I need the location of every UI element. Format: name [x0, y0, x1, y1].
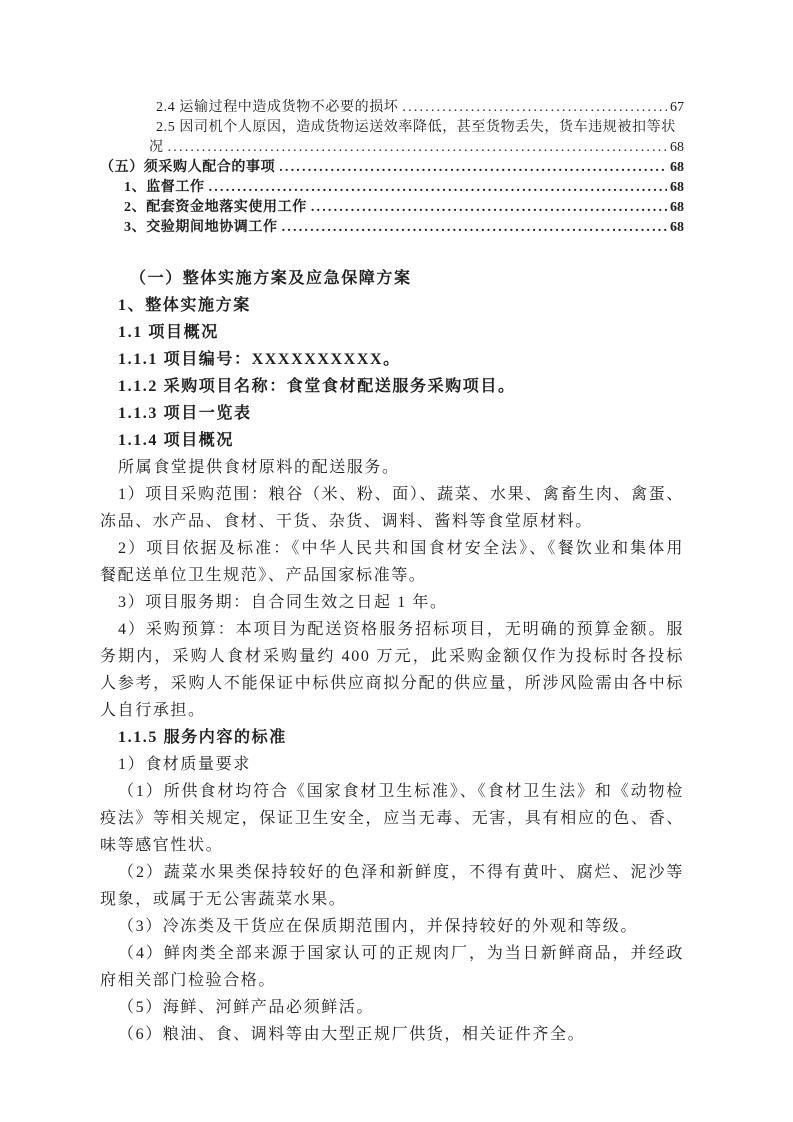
toc-entry-label: 2.5 因司机个人原因，造成货物运送效率降低，甚至货物丢失，货车违规被扣等状	[156, 120, 676, 135]
toc-page-number: 68	[670, 178, 684, 198]
paragraph-overview: 所属食堂提供食材原料的配送服务。	[100, 454, 684, 481]
paragraph-quality-item-2: （2）蔬菜水果类保持较好的色泽和新鲜度，不得有黄叶、腐烂、泥沙等现象，或属于无公…	[100, 859, 684, 913]
paragraph-standards: 2）项目依据及标准：《中华人民共和国食材安全法》、《餐饮业和集体用餐配送单位卫生…	[100, 535, 684, 589]
table-of-contents: 2.4 运输过程中造成货物不必要的损坏 67 2.5 因司机个人原因，造成货物运…	[100, 98, 684, 238]
heading-1-1-3-project-table: 1.1.3 项目一览表	[100, 400, 684, 427]
heading-1: 1、整体实施方案	[100, 292, 684, 319]
toc-entry[interactable]: 2.5 因司机个人原因，造成货物运送效率降低，甚至货物丢失，货车违规被扣等状	[100, 118, 684, 138]
toc-page-number: 68	[670, 158, 684, 178]
toc-entry[interactable]: 1、监督工作 68	[100, 178, 684, 198]
paragraph-quality-requirements-title: 1）食材质量要求	[100, 751, 684, 778]
page-content: 2.4 运输过程中造成货物不必要的损坏 67 2.5 因司机个人原因，造成货物运…	[100, 98, 684, 1048]
paragraph-quality-item-6: （6）粮油、食、调料等由大型正规厂供货，相关证件齐全。	[100, 1021, 684, 1048]
document-page: 2.4 运输过程中造成货物不必要的损坏 67 2.5 因司机个人原因，造成货物运…	[0, 0, 793, 1122]
paragraph-budget: 4）采购预算：本项目为配送资格服务招标项目，无明确的预算金额。服务期内，采购人食…	[100, 616, 684, 724]
toc-entry[interactable]: 2、配套资金地落实使用工作 68	[100, 198, 684, 218]
heading-1-1-1-project-number: 1.1.1 项目编号：XXXXXXXXXX。	[100, 346, 684, 373]
toc-dot-leader	[311, 198, 667, 218]
document-body: （一）整体实施方案及应急保障方案 1、整体实施方案 1.1 项目概况 1.1.1…	[100, 265, 684, 1048]
toc-entry-label: 1、监督工作	[124, 178, 205, 198]
toc-dot-leader	[209, 178, 667, 198]
toc-entry-label: 2、配套资金地落实使用工作	[124, 198, 307, 218]
paragraph-procurement-scope: 1）项目采购范围：粮谷（米、粉、面）、蔬菜、水果、禽畜生肉、禽蛋、冻品、水产品、…	[100, 481, 684, 535]
heading-1-1-5-service-standards: 1.1.5 服务内容的标准	[100, 724, 684, 751]
toc-entry-label: 况	[149, 138, 164, 158]
toc-page-number: 67	[670, 98, 684, 118]
paragraph-quality-item-4: （4）鲜肉类全部来源于国家认可的正规肉厂，为当日新鲜商品，并经政府相关部门检验合…	[100, 940, 684, 994]
paragraph-quality-item-5: （5）海鲜、河鲜产品必须鲜活。	[100, 994, 684, 1021]
toc-entry[interactable]: 3、交验期间地协调工作 68	[100, 218, 684, 238]
heading-1-1-4-project-overview: 1.1.4 项目概况	[100, 427, 684, 454]
toc-entry-continuation[interactable]: 况 68	[100, 138, 684, 158]
heading-1-1: 1.1 项目概况	[100, 319, 684, 346]
toc-entry[interactable]: 2.4 运输过程中造成货物不必要的损坏 67	[100, 98, 684, 118]
toc-page-number: 68	[670, 218, 684, 238]
toc-dot-leader	[282, 218, 667, 238]
toc-entry-label: （五）须采购人配合的事项	[100, 158, 275, 178]
toc-dot-leader	[168, 138, 667, 158]
toc-entry[interactable]: （五）须采购人配合的事项 68	[100, 158, 684, 178]
toc-dot-leader	[279, 158, 667, 178]
toc-dot-leader	[402, 98, 667, 118]
heading-1-1-2-project-name: 1.1.2 采购项目名称：食堂食材配送服务采购项目。	[100, 373, 684, 400]
toc-page-number: 68	[670, 138, 684, 158]
toc-page-number: 68	[670, 198, 684, 218]
paragraph-quality-item-1: （1）所供食材均符合《国家食材卫生标准》、《食材卫生法》和《动物检疫法》等相关规…	[100, 778, 684, 859]
toc-entry-label: 3、交验期间地协调工作	[124, 218, 278, 238]
toc-entry-label: 2.4 运输过程中造成货物不必要的损坏	[156, 98, 398, 118]
paragraph-service-period: 3）项目服务期：自合同生效之日起 1 年。	[100, 589, 684, 616]
paragraph-quality-item-3: （3）冷冻类及干货应在保质期范围内，并保持较好的外观和等级。	[100, 913, 684, 940]
heading-section-1: （一）整体实施方案及应急保障方案	[100, 265, 684, 292]
